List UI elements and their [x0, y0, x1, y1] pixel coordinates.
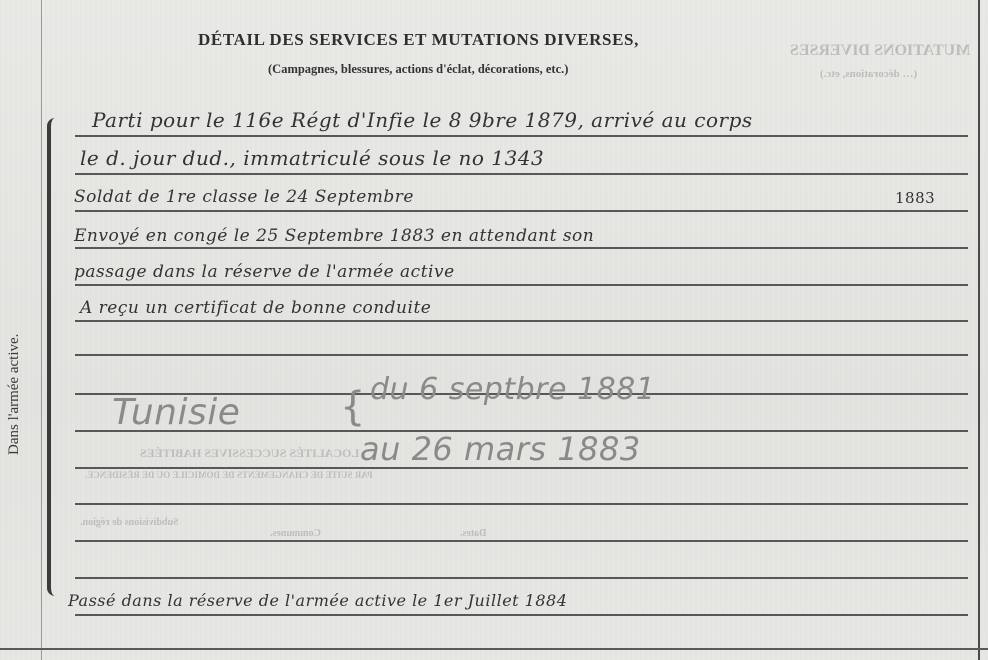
section-subtitle: (Campagnes, blessures, actions d'éclat, …: [268, 62, 568, 77]
bleed-through-col-3: Dates.: [460, 528, 486, 539]
entry-year: 1883: [895, 189, 935, 207]
entry-line: le d. jour dud., immatriculé sous le no …: [80, 146, 544, 170]
ruled-line: [75, 354, 968, 356]
entry-line: Soldat de 1re classe le 24 Septembre: [74, 187, 414, 207]
bleed-through-col-1: Subdivisions de région.: [80, 517, 179, 528]
entry-line: Envoyé en congé le 25 Septembre 1883 en …: [74, 226, 594, 246]
bleed-through-title: MUTATIONS DIVERSES: [790, 42, 970, 60]
entry-line: Parti pour le 116e Régt d'Infie le 8 9br…: [92, 108, 753, 132]
ruled-line: [75, 247, 968, 249]
bracket: [47, 118, 59, 596]
ruled-line: [75, 577, 968, 579]
margin-rule: [41, 0, 42, 660]
ruled-line: [75, 540, 968, 542]
bleed-through-subheading: PAR SUITE DE CHANGEMENTS DE DOMICILE OU …: [85, 470, 373, 480]
campaign-to: au 26 mars 1883: [360, 430, 641, 468]
bleed-through-heading: LOCALITÉS SUCCESSIVES HABITÉES: [140, 446, 359, 461]
campaign-brace: {: [340, 384, 366, 430]
bottom-border: [0, 648, 988, 650]
campaign-place: Tunisie: [112, 392, 240, 433]
bleed-through-col-2: Communes.: [270, 528, 321, 539]
final-entry: Passé dans la réserve de l'armée active …: [68, 591, 567, 610]
bleed-through-subtitle: (… décorations, etc.): [820, 68, 917, 80]
ruled-line: [75, 173, 968, 175]
side-label-active-army: Dans l'armée active.: [6, 334, 23, 455]
ruled-line: [75, 210, 968, 212]
ruled-line: [75, 135, 968, 137]
section-title: DÉTAIL DES SERVICES ET MUTATIONS DIVERSE…: [198, 30, 639, 50]
campaign-from: du 6 septbre 1881: [370, 372, 655, 407]
ruled-line: [75, 614, 968, 616]
ruled-line: [75, 284, 968, 286]
entry-line: A reçu un certificat de bonne conduite: [80, 298, 431, 318]
document-page: MUTATIONS DIVERSES (… décorations, etc.)…: [0, 0, 988, 660]
ruled-line: [75, 503, 968, 505]
ruled-line: [75, 320, 968, 322]
entry-line: passage dans la réserve de l'armée activ…: [74, 262, 455, 282]
right-border: [978, 0, 980, 660]
